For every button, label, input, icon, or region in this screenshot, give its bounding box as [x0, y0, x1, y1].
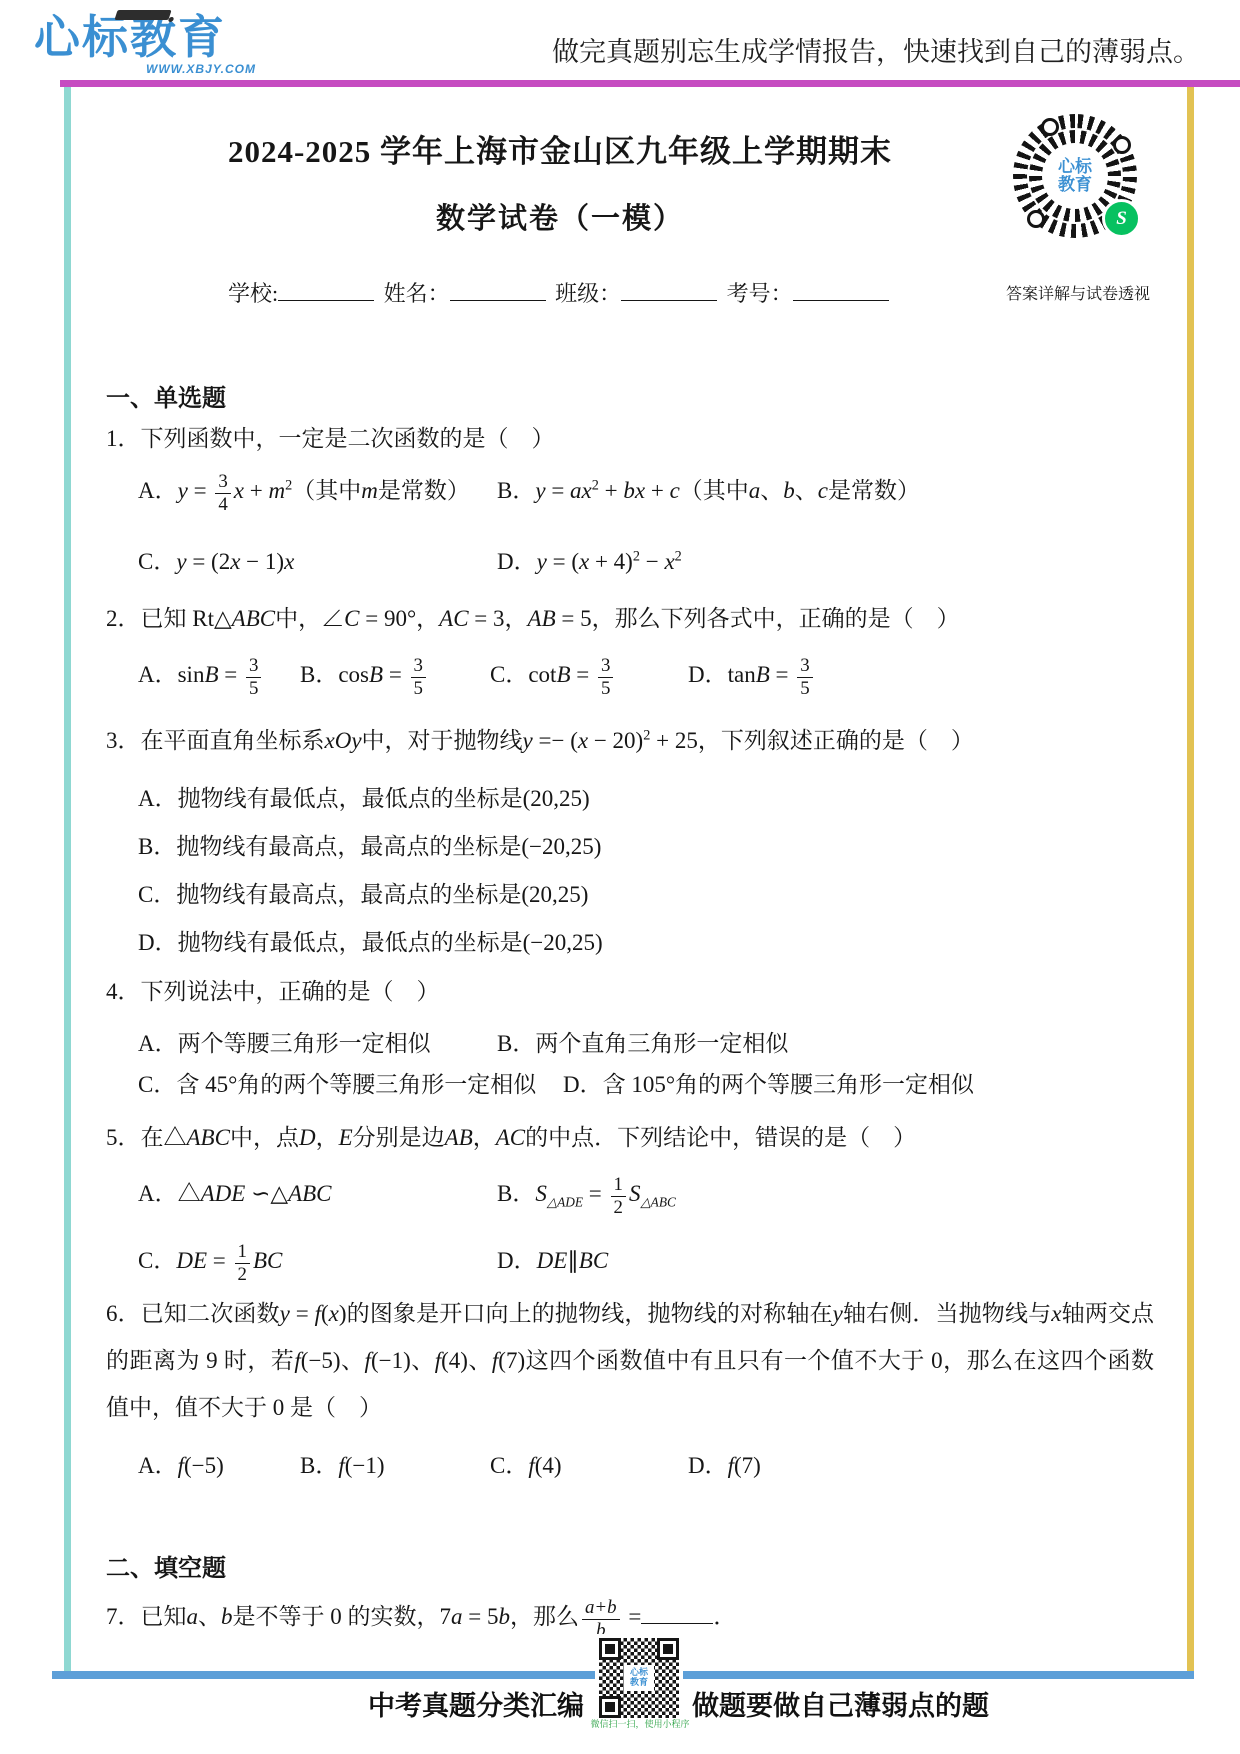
info-label-examno: 考号：	[727, 281, 793, 306]
qr-finder-icon	[599, 1696, 621, 1718]
question-2-option-d: D．tanB = 35	[688, 656, 816, 699]
question-5-option-a: A．△ADE ∽△ABC	[138, 1175, 332, 1208]
site-logo: 心标教育	[34, 14, 226, 60]
info-field-examno: 考号：	[727, 281, 889, 306]
question-6-option-a: A．f(−5)	[138, 1447, 224, 1480]
question-3-option-b: B．抛物线有最高点，最高点的坐标是(−20,25)	[138, 828, 601, 861]
qr-eye-icon	[1113, 136, 1131, 154]
question-5-option-c: C．DE = 12BC	[138, 1242, 282, 1285]
question-4-option-a: A．两个等腰三角形一定相似	[138, 1025, 431, 1058]
qr-code-top: 心标 教育 S	[1013, 114, 1137, 238]
blank-line	[450, 277, 546, 301]
exam-title-line1: 2024-2025 学年上海市金山区九年级上学期期末	[100, 126, 1020, 171]
info-field-class: 班级：	[555, 281, 717, 306]
exam-title-line2: 数学试卷（一模）	[100, 196, 1020, 237]
question-6-option-d: D．f(7)	[688, 1447, 761, 1480]
info-field-school: 学校:	[228, 281, 374, 306]
question-2-option-c: C．cotB = 35	[490, 656, 616, 699]
footer-right-text: 做题要做自己薄弱点的题	[692, 1684, 989, 1723]
graduation-cap-icon	[114, 10, 171, 20]
footer-qr-code: 心标 教育	[595, 1634, 683, 1722]
content-right-border	[1187, 87, 1194, 1673]
qr-finder-icon	[599, 1638, 621, 1660]
footer-left-text: 中考真题分类汇编	[368, 1684, 584, 1723]
footer-qr-caption: 微信扫一扫，使用小程序	[560, 1717, 720, 1730]
info-label-name: 姓名：	[384, 281, 450, 306]
question-3-stem: 3．在平面直角坐标系xOy中，对于抛物线y =− (x − 20)2 + 25，…	[106, 722, 974, 755]
question-4-option-b: B．两个直角三角形一定相似	[497, 1025, 788, 1058]
question-6-option-c: C．f(4)	[490, 1447, 562, 1480]
qr-eye-icon	[1041, 118, 1059, 136]
question-4-stem: 4．下列说法中，正确的是（ ）	[106, 973, 440, 1006]
qr-logo-line2: 教育	[1058, 176, 1092, 194]
section-heading-2: 二、填空题	[106, 1548, 226, 1583]
question-1-option-c: C．y = (2x − 1)x	[138, 543, 294, 576]
question-3-option-d: D．抛物线有最低点，最低点的坐标是(−20,25)	[138, 924, 603, 957]
info-field-name: 姓名：	[384, 281, 546, 306]
site-logo-url: WWW.XBJY.COM	[146, 62, 256, 76]
top-divider-line	[60, 80, 1240, 87]
footer-qr-center-logo: 心标 教育	[624, 1665, 654, 1691]
qr-top-caption: 答案详解与试卷透视	[998, 281, 1158, 304]
question-3-option-a: A．抛物线有最低点，最低点的坐标是(20,25)	[138, 780, 590, 813]
blank-line	[621, 277, 717, 301]
footer-qr-logo-line2: 教育	[630, 1678, 648, 1688]
question-1-option-b: B．y = ax2 + bx + c（其中a、b、c是常数）	[497, 472, 920, 505]
question-1-option-a: A．y = 34x + m2（其中m是常数）	[138, 472, 470, 515]
question-1-stem: 1．下列函数中，一定是二次函数的是（ ）	[106, 420, 555, 453]
content-left-border	[64, 87, 71, 1673]
qr-eye-icon	[1027, 210, 1045, 228]
section-heading-1: 一、单选题	[106, 378, 226, 413]
question-6-option-b: B．f(−1)	[300, 1447, 385, 1480]
question-2-option-b: B．cosB = 35	[300, 656, 429, 699]
header-slogan: 做完真题别忘生成学情报告，快速找到自己的薄弱点。	[552, 30, 1200, 69]
qr-logo-line1: 心标	[1058, 158, 1092, 176]
question-1-option-d: D．y = (x + 4)2 − x2	[497, 543, 682, 576]
question-6-stem: 6．已知二次函数y = f(x)的图象是开口向上的抛物线，抛物线的对称轴在y轴右…	[106, 1290, 1154, 1431]
student-info-line: 学校: 姓名： 班级： 考号：	[228, 277, 893, 308]
question-5-option-d: D．DE∥BC	[497, 1242, 608, 1275]
qr-center-logo: 心标 教育	[1044, 145, 1106, 207]
question-5-option-b: B．S△ADE = 12S△ABC	[497, 1175, 676, 1218]
qr-finder-icon	[657, 1638, 679, 1660]
exam-paper-page: 心标教育 WWW.XBJY.COM 做完真题别忘生成学情报告，快速找到自己的薄弱…	[0, 0, 1240, 1754]
info-label-school: 学校:	[228, 281, 278, 306]
question-2-stem: 2．已知 Rt△ABC中，∠C = 90°，AC = 3，AB = 5，那么下列…	[106, 600, 960, 633]
wechat-miniprogram-badge-icon: S	[1102, 199, 1141, 238]
blank-line	[278, 277, 374, 301]
question-5-stem: 5．在△ABC中，点D，E分别是边AB，AC的中点．下列结论中，错误的是（ ）	[106, 1119, 916, 1152]
question-3-option-c: C．抛物线有最高点，最高点的坐标是(20,25)	[138, 876, 588, 909]
question-2-option-a: A．sinB = 35	[138, 656, 264, 699]
question-4-option-d: D．含 105°角的两个等腰三角形一定相似	[563, 1066, 974, 1099]
blank-line	[793, 277, 889, 301]
question-4-option-c: C．含 45°角的两个等腰三角形一定相似	[138, 1066, 536, 1099]
info-label-class: 班级：	[555, 281, 621, 306]
